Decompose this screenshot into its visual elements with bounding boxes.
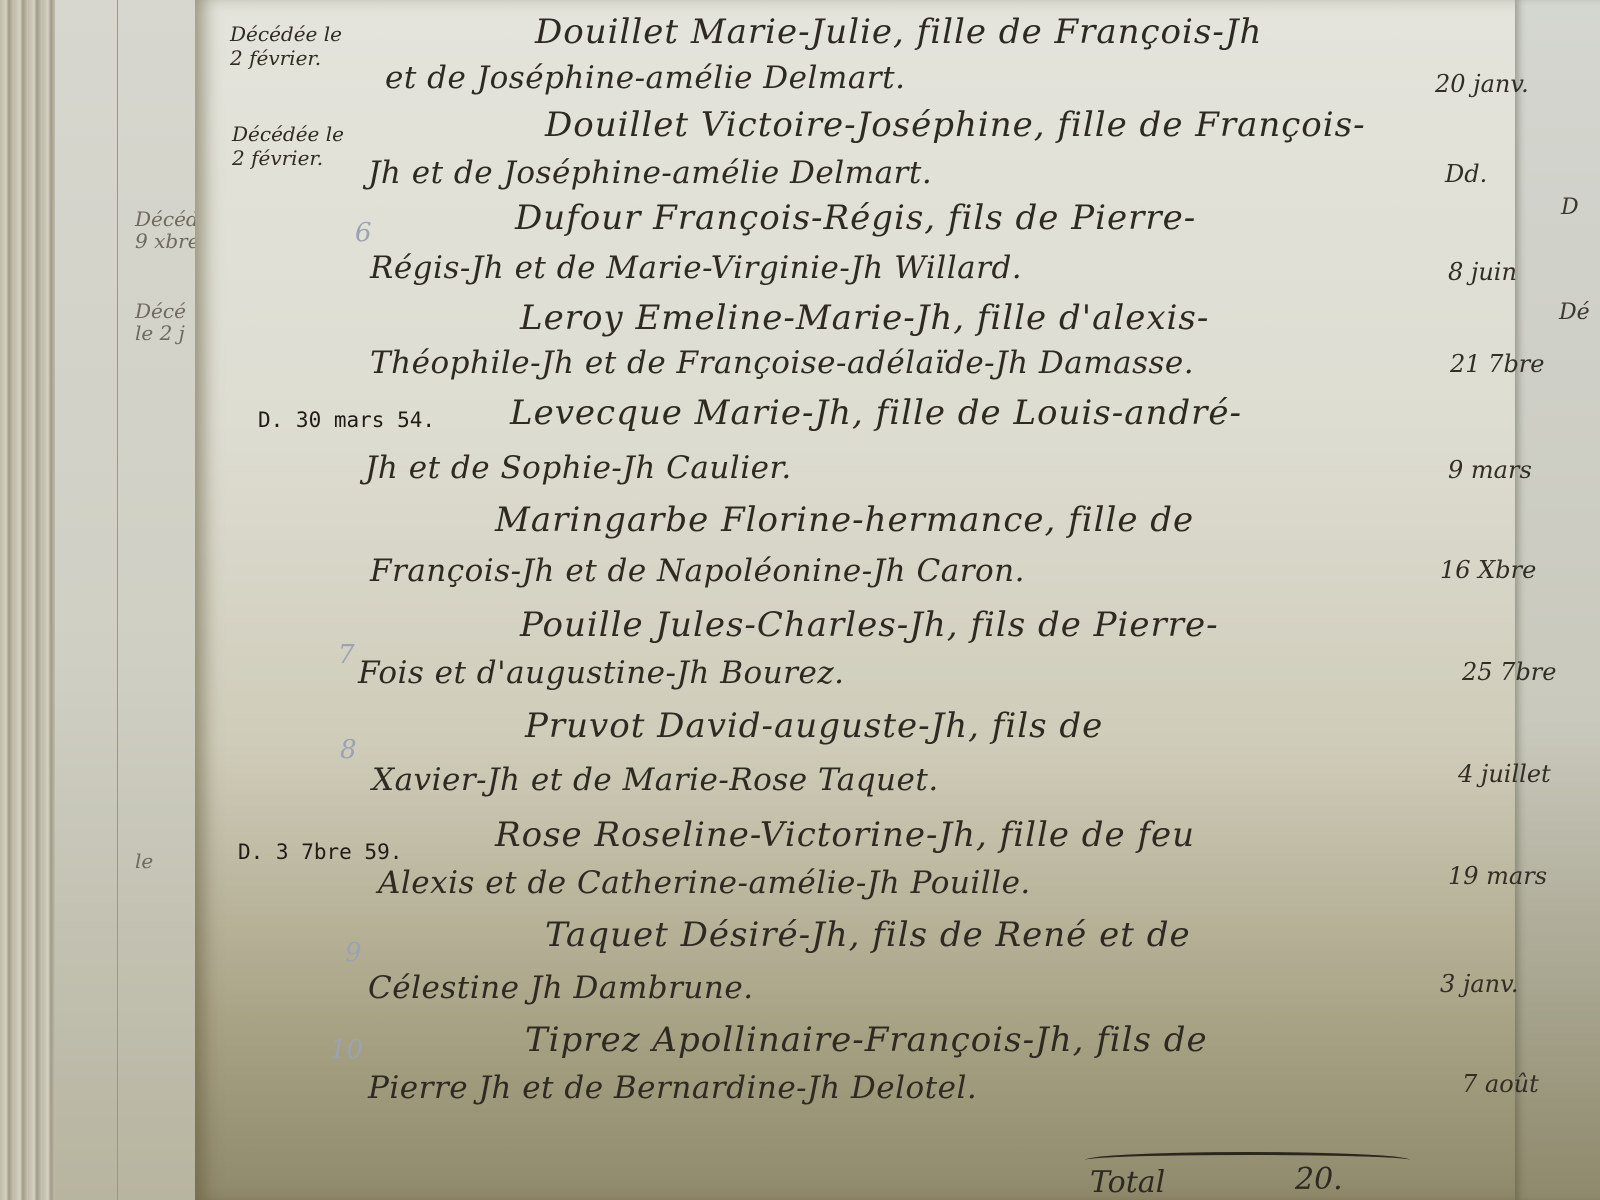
entry-number: 7 <box>338 640 355 670</box>
entry-date: 25 7bre <box>1462 658 1556 686</box>
entry-number: 9 <box>345 938 362 968</box>
entry-date: 20 janv. <box>1435 70 1529 98</box>
entry-number: 8 <box>340 735 357 765</box>
entry-name-line: Taquet Désiré-Jh, fils de René et de <box>545 915 1191 955</box>
entry-name-line: Tiprez Apollinaire-François-Jh, fils de <box>525 1020 1208 1060</box>
entry-name-line: Levecque Marie-Jh, fille de Louis-andré- <box>510 393 1242 433</box>
entry-date: 19 mars <box>1448 862 1547 890</box>
entry-date: 21 7bre <box>1450 350 1544 378</box>
entry-date: 9 mars <box>1448 456 1532 484</box>
margin-note: D. 3 7bre 59. <box>238 840 402 864</box>
entry-name-line: Pruvot David-auguste-Jh, fils de <box>525 706 1103 746</box>
entry-date: 4 juillet <box>1458 760 1551 788</box>
entry-date: 8 juin <box>1448 258 1517 286</box>
entry-date: 16 Xbre <box>1440 556 1536 584</box>
entry-date: 3 janv. <box>1440 970 1518 998</box>
entry-name-line: Douillet Marie-Julie, fille de François-… <box>535 12 1262 52</box>
entry-name-line: Dufour François-Régis, fils de Pierre- <box>515 198 1196 238</box>
entry-parents-line: Régis-Jh et de Marie-Virginie-Jh Willard… <box>370 250 1022 286</box>
margin-note: Décédée le 2 février. <box>232 122 344 170</box>
margin-note: Décédée le 2 février. <box>230 22 342 70</box>
entry-date: 7 août <box>1462 1070 1539 1098</box>
entry-name-line: Maringarbe Florine-hermance, fille de <box>495 500 1194 540</box>
book-page-edges <box>0 0 60 1200</box>
total-value: 20. <box>1295 1162 1343 1197</box>
entry-parents-line: Xavier-Jh et de Marie-Rose Taquet. <box>372 762 939 798</box>
adjacent-page-fragment: D <box>1561 195 1579 220</box>
entry-number: 10 <box>330 1035 363 1065</box>
entry-parents-line: Fois et d'augustine-Jh Bourez. <box>358 655 845 691</box>
entry-date: Dd. <box>1445 160 1487 188</box>
entry-parents-line: Jh et de Sophie-Jh Caulier. <box>365 450 792 486</box>
entry-parents-line: Alexis et de Catherine-amélie-Jh Pouille… <box>378 865 1031 901</box>
under-page-note: le <box>135 850 153 872</box>
entry-number: 6 <box>355 218 372 248</box>
entry-parents-line: François-Jh et de Napoléonine-Jh Caron. <box>370 553 1025 589</box>
entry-name-line: Leroy Emeline-Marie-Jh, fille d'alexis- <box>520 298 1209 338</box>
entry-name-line: Douillet Victoire-Joséphine, fille de Fr… <box>545 105 1366 145</box>
underlying-page: Décédé 9 xbre Décé le 2 j le <box>55 0 215 1200</box>
entry-parents-line: Pierre Jh et de Bernardine-Jh Delotel. <box>368 1070 977 1106</box>
entry-name-line: Pouille Jules-Charles-Jh, fils de Pierre… <box>520 605 1219 645</box>
adjacent-page-edge: D Dé <box>1515 0 1600 1200</box>
total-label: Total <box>1090 1165 1165 1200</box>
entry-parents-line: Célestine Jh Dambrune. <box>368 970 754 1006</box>
entry-parents-line: Théophile-Jh et de Françoise-adélaïde-Jh… <box>370 345 1194 381</box>
under-page-note: Décé le 2 j <box>135 300 186 344</box>
entry-name-line: Rose Roseline-Victorine-Jh, fille de feu <box>495 815 1195 855</box>
entry-parents-line: Jh et de Joséphine-amélie Delmart. <box>368 155 932 191</box>
margin-rule <box>117 0 118 1200</box>
entry-parents-line: et de Joséphine-amélie Delmart. <box>385 60 905 96</box>
margin-note: D. 30 mars 54. <box>258 408 435 432</box>
adjacent-page-fragment: Dé <box>1559 300 1590 325</box>
total-underline <box>1085 1152 1410 1161</box>
